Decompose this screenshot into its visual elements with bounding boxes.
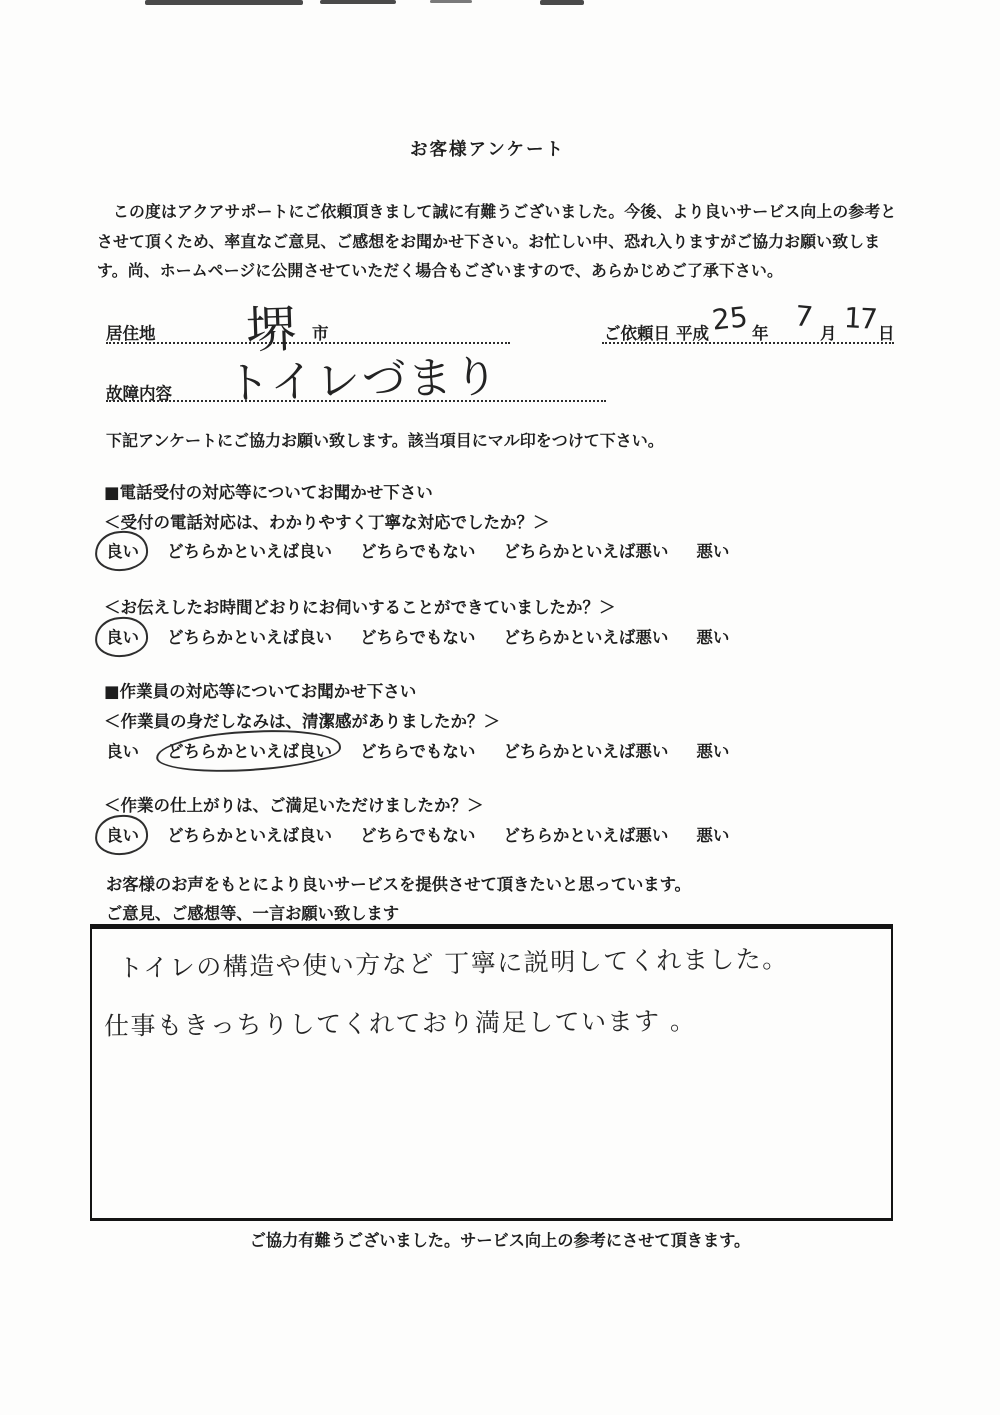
option-label: どちらでもない xyxy=(360,542,475,561)
scan-artifact xyxy=(430,0,472,3)
option-neutral: どちらでもない xyxy=(360,624,475,648)
option-label: 悪い xyxy=(696,742,729,761)
option-bad: 悪い xyxy=(696,738,729,762)
option-label: どちらかといえば悪い xyxy=(503,542,668,561)
option-label: 良い xyxy=(106,628,139,647)
option-label: どちらかといえば悪い xyxy=(503,628,668,647)
option-label: どちらかといえば良い xyxy=(167,628,332,647)
option-neutral: どちらでもない xyxy=(360,822,475,846)
option-good: 良い xyxy=(106,738,139,762)
section-1-header: ■電話受付の対応等についてお聞かせ下さい xyxy=(104,479,433,503)
day-label: 日 xyxy=(878,320,895,344)
option-somewhat-good: どちらかといえば良い xyxy=(167,624,332,648)
scan-artifact xyxy=(145,0,303,5)
option-label: どちらかといえば良い xyxy=(167,742,332,761)
option-label: どちらかといえば悪い xyxy=(503,826,668,845)
option-somewhat-bad: どちらかといえば悪い xyxy=(503,624,668,648)
option-label: 良い xyxy=(106,542,139,561)
question-1-text: ＜受付の電話対応は、わかりやすく丁寧な対応でしたか？＞ xyxy=(104,509,550,533)
residence-city-suffix: 市 xyxy=(312,320,329,344)
question-2-text: ＜お伝えしたお時間どおりにお伺いすることができていましたか？＞ xyxy=(104,594,616,618)
day-handwritten-value: 17 xyxy=(843,301,876,336)
question-2-options: 良いどちらかといえば良いどちらでもないどちらかといえば悪い悪い xyxy=(106,624,729,648)
scan-artifact xyxy=(320,0,396,4)
option-label: どちらかといえば良い xyxy=(167,542,332,561)
option-label: どちらかといえば良い xyxy=(167,826,332,845)
option-bad: 悪い xyxy=(696,822,729,846)
form-title: お客様アンケート xyxy=(0,136,975,161)
month-label: 月 xyxy=(820,320,837,344)
residence-underline xyxy=(106,316,510,344)
era-label: 平成 xyxy=(676,320,709,344)
option-label: 良い xyxy=(106,742,139,761)
option-neutral: どちらでもない xyxy=(360,538,475,562)
intro-paragraph: この度はアクアサポートにご依頼頂きまして誠に有難うございました。今後、より良いサ… xyxy=(97,197,897,286)
question-3-options: 良いどちらかといえば良いどちらでもないどちらかといえば悪い悪い xyxy=(106,738,729,762)
residence-label: 居住地 xyxy=(106,320,156,344)
option-bad: 悪い xyxy=(696,538,729,562)
option-somewhat-bad: どちらかといえば悪い xyxy=(503,538,668,562)
option-bad: 悪い xyxy=(696,624,729,648)
option-label: 悪い xyxy=(696,542,729,561)
comment-handwritten-line: 仕事もきっちりしてくれており満足しています 。 xyxy=(104,1001,697,1042)
month-handwritten-value: 7 xyxy=(793,299,814,334)
option-label: どちらかといえば悪い xyxy=(503,742,668,761)
option-somewhat-good: どちらかといえば良い xyxy=(167,538,332,562)
option-label: どちらでもない xyxy=(360,742,475,761)
option-label: 悪い xyxy=(696,628,729,647)
question-3-text: ＜作業員の身だしなみは、清潔感がありましたか？＞ xyxy=(104,708,500,732)
option-good: 良い xyxy=(106,538,139,562)
section-2-header: ■作業員の対応等についてお聞かせ下さい xyxy=(104,678,416,702)
scanned-survey-form: お客様アンケート この度はアクアサポートにご依頼頂きまして誠に有難うございました… xyxy=(0,0,1000,1415)
year-label: 年 xyxy=(752,320,769,344)
scan-artifact xyxy=(540,0,584,5)
question-4-text: ＜作業の仕上がりは、ご満足いただけましたか？＞ xyxy=(104,792,484,816)
option-somewhat-bad: どちらかといえば悪い xyxy=(503,738,668,762)
option-somewhat-bad: どちらかといえば悪い xyxy=(503,822,668,846)
option-good: 良い xyxy=(106,624,139,648)
option-label: 悪い xyxy=(696,826,729,845)
option-label: どちらでもない xyxy=(360,628,475,647)
footer-text: ご協力有難うございました。サービス向上の参考にさせて頂きます。 xyxy=(0,1227,1000,1251)
option-somewhat-good: どちらかといえば良い xyxy=(167,738,332,762)
year-handwritten-value: 25 xyxy=(710,300,749,337)
question-1-options: 良いどちらかといえば良いどちらでもないどちらかといえば悪い悪い xyxy=(106,538,729,562)
option-label: 良い xyxy=(106,826,139,845)
option-neutral: どちらでもない xyxy=(360,738,475,762)
voice-note-line-2: ご意見、ご感想等、一言お願い致します xyxy=(106,900,399,924)
question-4-options: 良いどちらかといえば良いどちらでもないどちらかといえば悪い悪い xyxy=(106,822,729,846)
instruction-text: 下記アンケートにご協力お願い致します。該当項目にマル印をつけて下さい。 xyxy=(106,428,664,451)
option-somewhat-good: どちらかといえば良い xyxy=(167,822,332,846)
problem-label: 故障内容 xyxy=(106,380,172,404)
request-date-label: ご依頼日 xyxy=(604,320,670,344)
voice-note-line-1: お客様のお声をもとにより良いサービスを提供させて頂きたいと思っています。 xyxy=(106,871,691,895)
option-good: 良い xyxy=(106,822,139,846)
option-label: どちらでもない xyxy=(360,826,475,845)
problem-handwritten-value: トイレづまり xyxy=(225,340,500,411)
